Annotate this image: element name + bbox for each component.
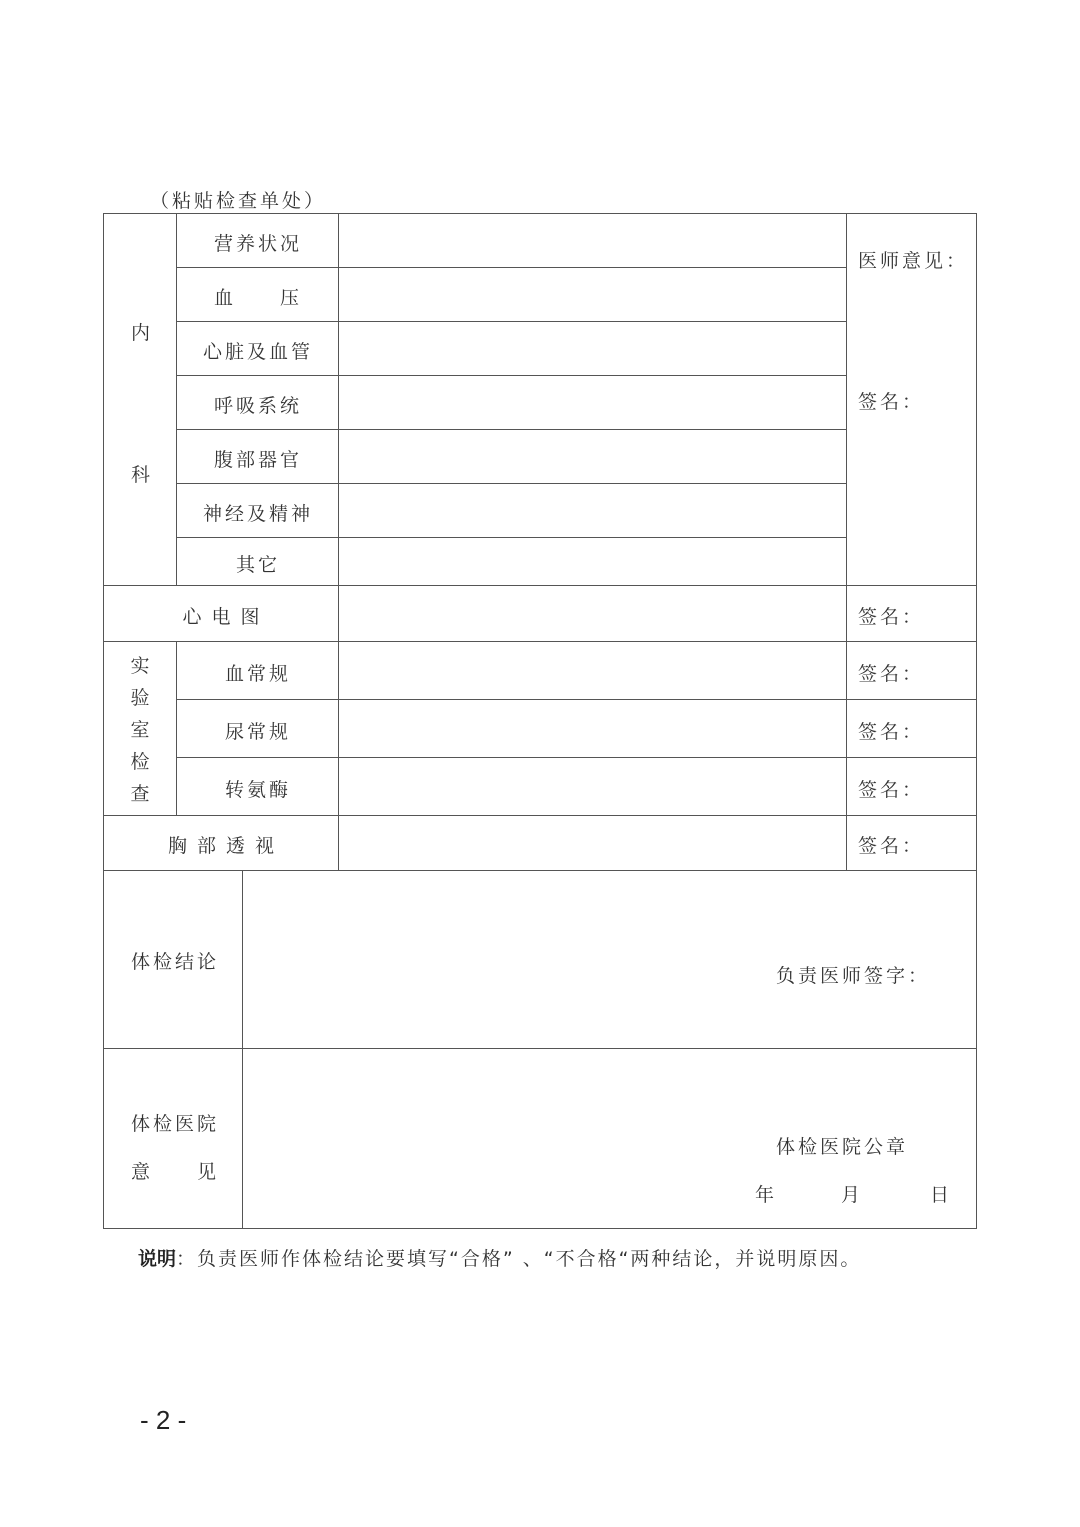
hospital-opinion-label-2: 意 见 [131,1157,219,1184]
urine-routine-value-field[interactable] [339,700,846,757]
date-day-label: 日 [930,1180,952,1207]
other-value-field[interactable] [339,538,846,585]
blood-routine-signature-label: 签名： [858,659,924,686]
ecg-label: 心 电 图 [182,602,261,629]
item-abdominal: 腹部器官 [214,445,302,472]
doctor-opinion-label: 医师意见： [858,246,968,273]
neuro-value-field[interactable] [339,484,846,537]
hospital-seal-label: 体检医院公章 [776,1132,908,1159]
lab-urine-routine: 尿常规 [225,717,291,744]
transaminase-signature-label: 签名： [858,775,924,802]
footnote: 说明：负责医师作体检结论要填写“合格” 、“不合格“两种结论，并说明原因。 [138,1244,861,1271]
item-other: 其它 [236,550,280,577]
blood-routine-value-field[interactable] [339,642,846,699]
doctor-signature-label: 负责医师签字： [776,961,930,988]
abdominal-value-field[interactable] [339,430,846,483]
lab-blood-routine: 血常规 [225,659,291,686]
hospital-opinion-label: 体检医院 [131,1109,219,1136]
lab-transaminase: 转氨酶 [225,775,291,802]
item-neuro-mental: 神经及精神 [203,499,313,526]
conclusion-field[interactable] [243,871,976,1048]
page-number: - 2 - [140,1405,186,1436]
chest-xray-value-field[interactable] [339,816,846,870]
ecg-value-field[interactable] [339,586,846,641]
transaminase-value-field[interactable] [339,758,846,815]
respiratory-value-field[interactable] [339,376,846,429]
chest-xray-label: 胸 部 透 视 [168,831,276,858]
internal-medicine-label-2: 科 [131,460,153,487]
date-year-label: 年 [755,1180,777,1207]
ecg-signature-label: 签名： [858,602,924,629]
lab-group-label: 实 验 室 检 查 [128,650,152,810]
heart-value-field[interactable] [339,322,846,375]
blood-pressure-value-field[interactable] [339,268,846,321]
urine-routine-signature-label: 签名： [858,717,924,744]
date-month-label: 月 [841,1180,863,1207]
nutrition-value-field[interactable] [339,214,846,267]
item-nutrition: 营养状况 [214,229,302,256]
chest-xray-signature-label: 签名： [858,831,924,858]
internal-signature-label: 签名： [858,387,924,414]
item-heart-vessels: 心脏及血管 [203,337,313,364]
paste-area-note: （粘贴检查单处） [150,186,326,213]
item-blood-pressure: 血 压 [214,283,302,310]
internal-medicine-label-1: 内 [131,318,153,345]
footnote-prefix: 说明 [138,1248,176,1270]
conclusion-label: 体检结论 [131,947,219,974]
item-respiratory: 呼吸系统 [214,391,302,418]
footnote-text: ：负责医师作体检结论要填写“合格” 、“不合格“两种结论，并说明原因。 [176,1248,861,1270]
